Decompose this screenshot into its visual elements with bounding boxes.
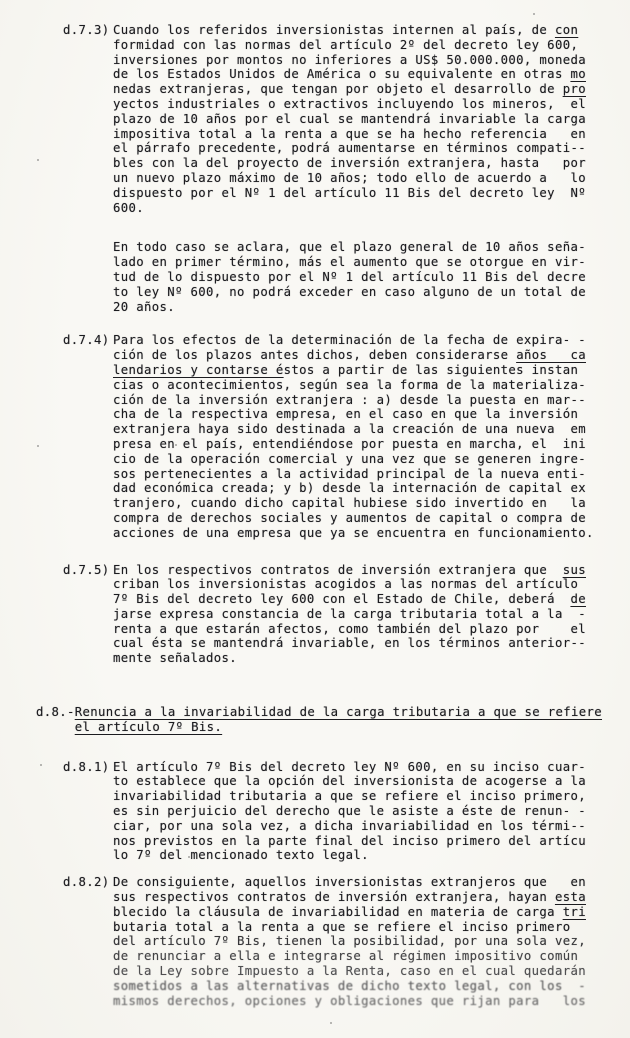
text-run: impositiva total a la renta a que se ha … [113, 127, 586, 141]
paragraph-d.7.4: d.7.4)Para los efectos de la determinaci… [63, 333, 630, 540]
text-run: ción de la inversión extranjera : a) des… [113, 393, 586, 407]
text-line: un nuevo plazo máximo de 10 años; todo e… [113, 171, 586, 186]
underlined-text: esta [555, 890, 586, 904]
section-label: d.7.3) [63, 23, 113, 38]
text-line: presa en el país, entendiéndose por pues… [113, 437, 594, 452]
paragraph-lines: De consiguiente, aquellos inversionistas… [113, 875, 586, 1008]
text-run: En los respectivos contratos de inversió… [113, 563, 563, 577]
text-line: impositiva total a la renta a que se ha … [113, 127, 586, 142]
paragraph-lines: Cuando los referidos inversionistas inte… [113, 23, 586, 215]
text-run: extranjera haya sido destinada a la crea… [113, 422, 586, 436]
text-run: el párrafo precedente, podrá aumentarse … [113, 141, 586, 155]
text-line: butaria total a la renta a que se refier… [113, 920, 586, 935]
text-line: 7º Bis del decreto ley 600 con el Estado… [113, 592, 586, 607]
text-line: extranjera haya sido destinada a la crea… [113, 422, 594, 437]
text-run: dispuesto por el Nº 1 del artículo 11 Bi… [113, 186, 586, 200]
text-run: to establece que la opción del inversion… [113, 774, 586, 788]
text-run: lado en primer término, más el aumento q… [113, 255, 586, 269]
text-line: sos pertenecientes a la actividad princi… [113, 467, 594, 482]
text-line: formidad con las normas del artículo 2º … [113, 38, 586, 53]
text-line: cual ésta se mantendrá invariable, en lo… [113, 636, 586, 651]
text-line: criban los inversionistas acogidos a las… [113, 577, 586, 592]
text-run: cual ésta se mantendrá invariable, en lo… [113, 636, 586, 650]
text-run: un nuevo plazo máximo de 10 años; todo e… [113, 171, 586, 185]
text-line: bles con la del proyecto de inversión ex… [113, 156, 586, 171]
text-line: ción de la inversión extranjera : a) des… [113, 393, 594, 408]
section-label: d.8.2) [63, 875, 113, 890]
text-line: es sin perjuicio del derecho que le asis… [113, 804, 586, 819]
overlined-text: cias o acontecimientos [113, 378, 284, 392]
text-run: formidad con las normas del artículo 2º … [113, 38, 578, 52]
text-line: dad económica creada; y b) desde la inte… [113, 481, 594, 496]
text-run: 600. [113, 201, 144, 215]
text-run: sos pertenecientes a la actividad princi… [113, 467, 586, 481]
scan-speck [37, 159, 39, 161]
text-line: 20 años. [113, 300, 586, 315]
text-run: tud de lo dispuesto por el Nº 1 del artí… [113, 270, 586, 284]
text-line: ciar, por una sola vez, a dicha invariab… [113, 819, 586, 834]
text-line: acciones de una empresa que ya se encuen… [113, 526, 594, 541]
section-label: d.8.- [36, 705, 75, 720]
text-line: En los respectivos contratos de inversió… [113, 563, 586, 578]
underlined-text: años ca [516, 348, 586, 362]
section-label: d.8.1) [63, 760, 113, 775]
paragraph-continuation: En todo caso se aclara, que el plazo gen… [63, 240, 630, 314]
text-run: acciones de una empresa que ya se encuen… [113, 526, 594, 540]
text-run: tranjero, cuando dicho capital hubiese s… [113, 496, 586, 510]
text-line: mente señalados. [113, 651, 586, 666]
text-line: dispuesto por el Nº 1 del artículo 11 Bi… [113, 186, 586, 201]
scan-speck [40, 764, 42, 766]
text-line: El artículo 7º Bis del decreto ley Nº 60… [113, 760, 586, 775]
text-run: y contarse éstos a partir de las siguien… [183, 363, 578, 377]
paragraph-d.7.5: d.7.5)En los respectivos contratos de in… [63, 563, 630, 667]
text-run: compra de derechos sociales y aumentos d… [113, 511, 586, 525]
scan-speck [37, 445, 39, 447]
section-heading: d.8.-Renuncia a la invariabilidad de la … [36, 705, 630, 735]
text-run: es sin perjuicio del derecho que le asis… [113, 804, 586, 818]
text-run: De consiguiente, aquellos inversionistas… [113, 875, 586, 889]
text-line: to establece que la opción del inversion… [113, 774, 586, 789]
text-run: criban los inversionistas acogidos a las… [113, 577, 578, 591]
text-run: renta a que estarán afectos, como tambié… [113, 622, 586, 636]
text-run: Cuando los referidos inversionistas inte… [113, 23, 555, 37]
paragraph-lines: En todo caso se aclara, que el plazo gen… [113, 240, 586, 314]
text-line: to ley Nº 600, no podrá exceder en caso … [113, 285, 586, 300]
text-line: lado en primer término, más el aumento q… [113, 255, 586, 270]
paragraph-lines: Para los efectos de la determinación de … [113, 333, 594, 540]
text-line: cha de la respectiva empresa, en el caso… [113, 407, 594, 422]
text-run: jarse expresa constancia de la carga tri… [113, 607, 586, 621]
text-line: del artículo 7º Bis, tienen la posibilid… [113, 934, 586, 949]
text-run: En todo caso se aclara, que el plazo gen… [113, 240, 586, 254]
text-line: cias o acontecimientos, según sea la for… [113, 378, 594, 393]
text-line: cio de la operación comercial y una vez … [113, 452, 594, 467]
text-line: sus respectivos contratos de inversión e… [113, 890, 586, 905]
text-line: yectos industriales o extractivos incluy… [113, 97, 586, 112]
document-body: d.7.3)Cuando los referidos inversionista… [0, 0, 630, 1008]
text-line: De consiguiente, aquellos inversionistas… [113, 875, 586, 890]
text-run: 7º Bis del decreto ley 600 con el Estado… [113, 592, 570, 606]
paragraph-lines: El artículo 7º Bis del decreto ley Nº 60… [113, 760, 586, 864]
text-line: lo 7º del mencionado texto legal. [113, 848, 586, 863]
text-line: ción de los plazos antes dichos, deben c… [113, 348, 594, 363]
text-line: blecido la cláusula de invariabilidad en… [113, 905, 586, 920]
text-run: sus respectivos contratos de inversión e… [113, 890, 555, 904]
text-line: invariabilidad tributaria a que se refie… [113, 789, 586, 804]
underlined-text: sus [563, 563, 586, 577]
text-run: cha de la respectiva empresa, en el caso… [113, 407, 578, 421]
text-run: mente señalados. [113, 651, 237, 665]
text-line: plazo de 10 años por el cual se mantendr… [113, 112, 586, 127]
text-run: dad económica creada; y b) desde la inte… [113, 481, 586, 495]
text-run: ciar, por una sola vez, a dicha invariab… [113, 819, 586, 833]
text-line: el artículo 7º Bis. [75, 720, 602, 735]
text-line: renta a que estarán afectos, como tambié… [113, 622, 586, 637]
text-line: nos previstos en la parte final del inci… [113, 834, 586, 849]
text-run: del artículo 7º Bis, tienen la posibilid… [113, 934, 586, 948]
text-run: de los Estados Unidos de América o su eq… [113, 67, 570, 81]
scanned-document-page: d.7.3)Cuando los referidos inversionista… [0, 0, 630, 1038]
underlined-text: mo [570, 67, 586, 81]
paragraph-d.8.1: d.8.1)El artículo 7º Bis del decreto ley… [63, 760, 630, 864]
text-run: inversiones por montos no inferiores a U… [113, 53, 586, 67]
text-run: blecido la cláusula de invariabilidad en… [113, 905, 563, 919]
section-label: d.7.5) [63, 563, 113, 578]
text-line: tranjero, cuando dicho capital hubiese s… [113, 496, 594, 511]
text-run: presa en el país, entendiéndose por pues… [113, 437, 586, 451]
scan-speck [188, 856, 190, 858]
text-run: de renunciar a ella e integrarse al régi… [113, 949, 578, 963]
text-line: Cuando los referidos inversionistas inte… [113, 23, 586, 38]
text-run: cio de la operación comercial y una vez … [113, 452, 586, 466]
text-run: to ley Nº 600, no podrá exceder en caso … [113, 285, 586, 299]
text-run: nedas extranjeras, que tengan por objeto… [113, 82, 563, 96]
paragraph-lines: Renuncia a la invariabilidad de la carga… [75, 705, 602, 735]
underlined-text: tri [563, 905, 586, 919]
text-run: lo 7º del mencionado texto legal. [113, 848, 369, 862]
paragraph-d.7.3: d.7.3)Cuando los referidos inversionista… [63, 23, 630, 215]
text-line: compra de derechos sociales y aumentos d… [113, 511, 594, 526]
text-run: plazo de 10 años por el cual se mantendr… [113, 112, 586, 126]
section-label: d.7.4) [63, 333, 113, 348]
underlined-text: el artículo 7º Bis. [75, 720, 222, 734]
text-run: El artículo 7º Bis del decreto ley Nº 60… [113, 760, 586, 774]
text-line: mismos derechos, opciones y obligaciones… [113, 994, 586, 1009]
underlined-text: con [555, 23, 578, 37]
text-line: nedas extranjeras, que tengan por objeto… [113, 82, 586, 97]
text-run: 20 años. [113, 300, 175, 314]
text-run: de la Ley sobre Impuesto a la Renta, cas… [113, 964, 586, 978]
text-line: En todo caso se aclara, que el plazo gen… [113, 240, 586, 255]
text-run: butaria total a la renta a que se refier… [113, 920, 570, 934]
text-line: Para los efectos de la determinación de … [113, 333, 594, 348]
scan-speck [330, 1022, 332, 1024]
text-run: sometidos a las alternativas de dicho te… [113, 979, 586, 993]
paragraph-d.8.2: d.8.2)De consiguiente, aquellos inversio… [63, 875, 630, 1008]
text-run: Para los efectos de la determinación de … [113, 333, 586, 347]
text-run: bles con la del proyecto de inversión ex… [113, 156, 586, 170]
text-line: Renuncia a la invariabilidad de la carga… [75, 705, 602, 720]
scan-speck [175, 444, 177, 446]
text-run: nos previstos en la parte final del inci… [113, 834, 586, 848]
text-line: de la Ley sobre Impuesto a la Renta, cas… [113, 964, 586, 979]
text-run: ción de los plazos antes dichos, deben c… [113, 348, 516, 362]
text-line: tud de lo dispuesto por el Nº 1 del artí… [113, 270, 586, 285]
paragraph-lines: En los respectivos contratos de inversió… [113, 563, 586, 667]
underlined-text: Renuncia a la invariabilidad de la carga… [75, 705, 602, 719]
text-line: 600. [113, 201, 586, 216]
text-line: jarse expresa constancia de la carga tri… [113, 607, 586, 622]
text-run: invariabilidad tributaria a que se refie… [113, 789, 586, 803]
text-run: yectos industriales o extractivos incluy… [113, 97, 586, 111]
text-line: sometidos a las alternativas de dicho te… [113, 979, 586, 994]
scan-speck [533, 13, 535, 15]
text-line: lendarios y contarse éstos a partir de l… [113, 363, 594, 378]
text-line: de renunciar a ella e integrarse al régi… [113, 949, 586, 964]
underlined-text: lendarios [113, 363, 183, 377]
text-line: de los Estados Unidos de América o su eq… [113, 67, 586, 82]
text-run: , según sea la forma de la materializa- [284, 378, 586, 392]
text-run: mismos derechos, opciones y obligaciones… [113, 994, 586, 1008]
text-line: inversiones por montos no inferiores a U… [113, 53, 586, 68]
underlined-text: de [570, 592, 586, 606]
underlined-text: pro [563, 82, 586, 96]
text-line: el párrafo precedente, podrá aumentarse … [113, 141, 586, 156]
